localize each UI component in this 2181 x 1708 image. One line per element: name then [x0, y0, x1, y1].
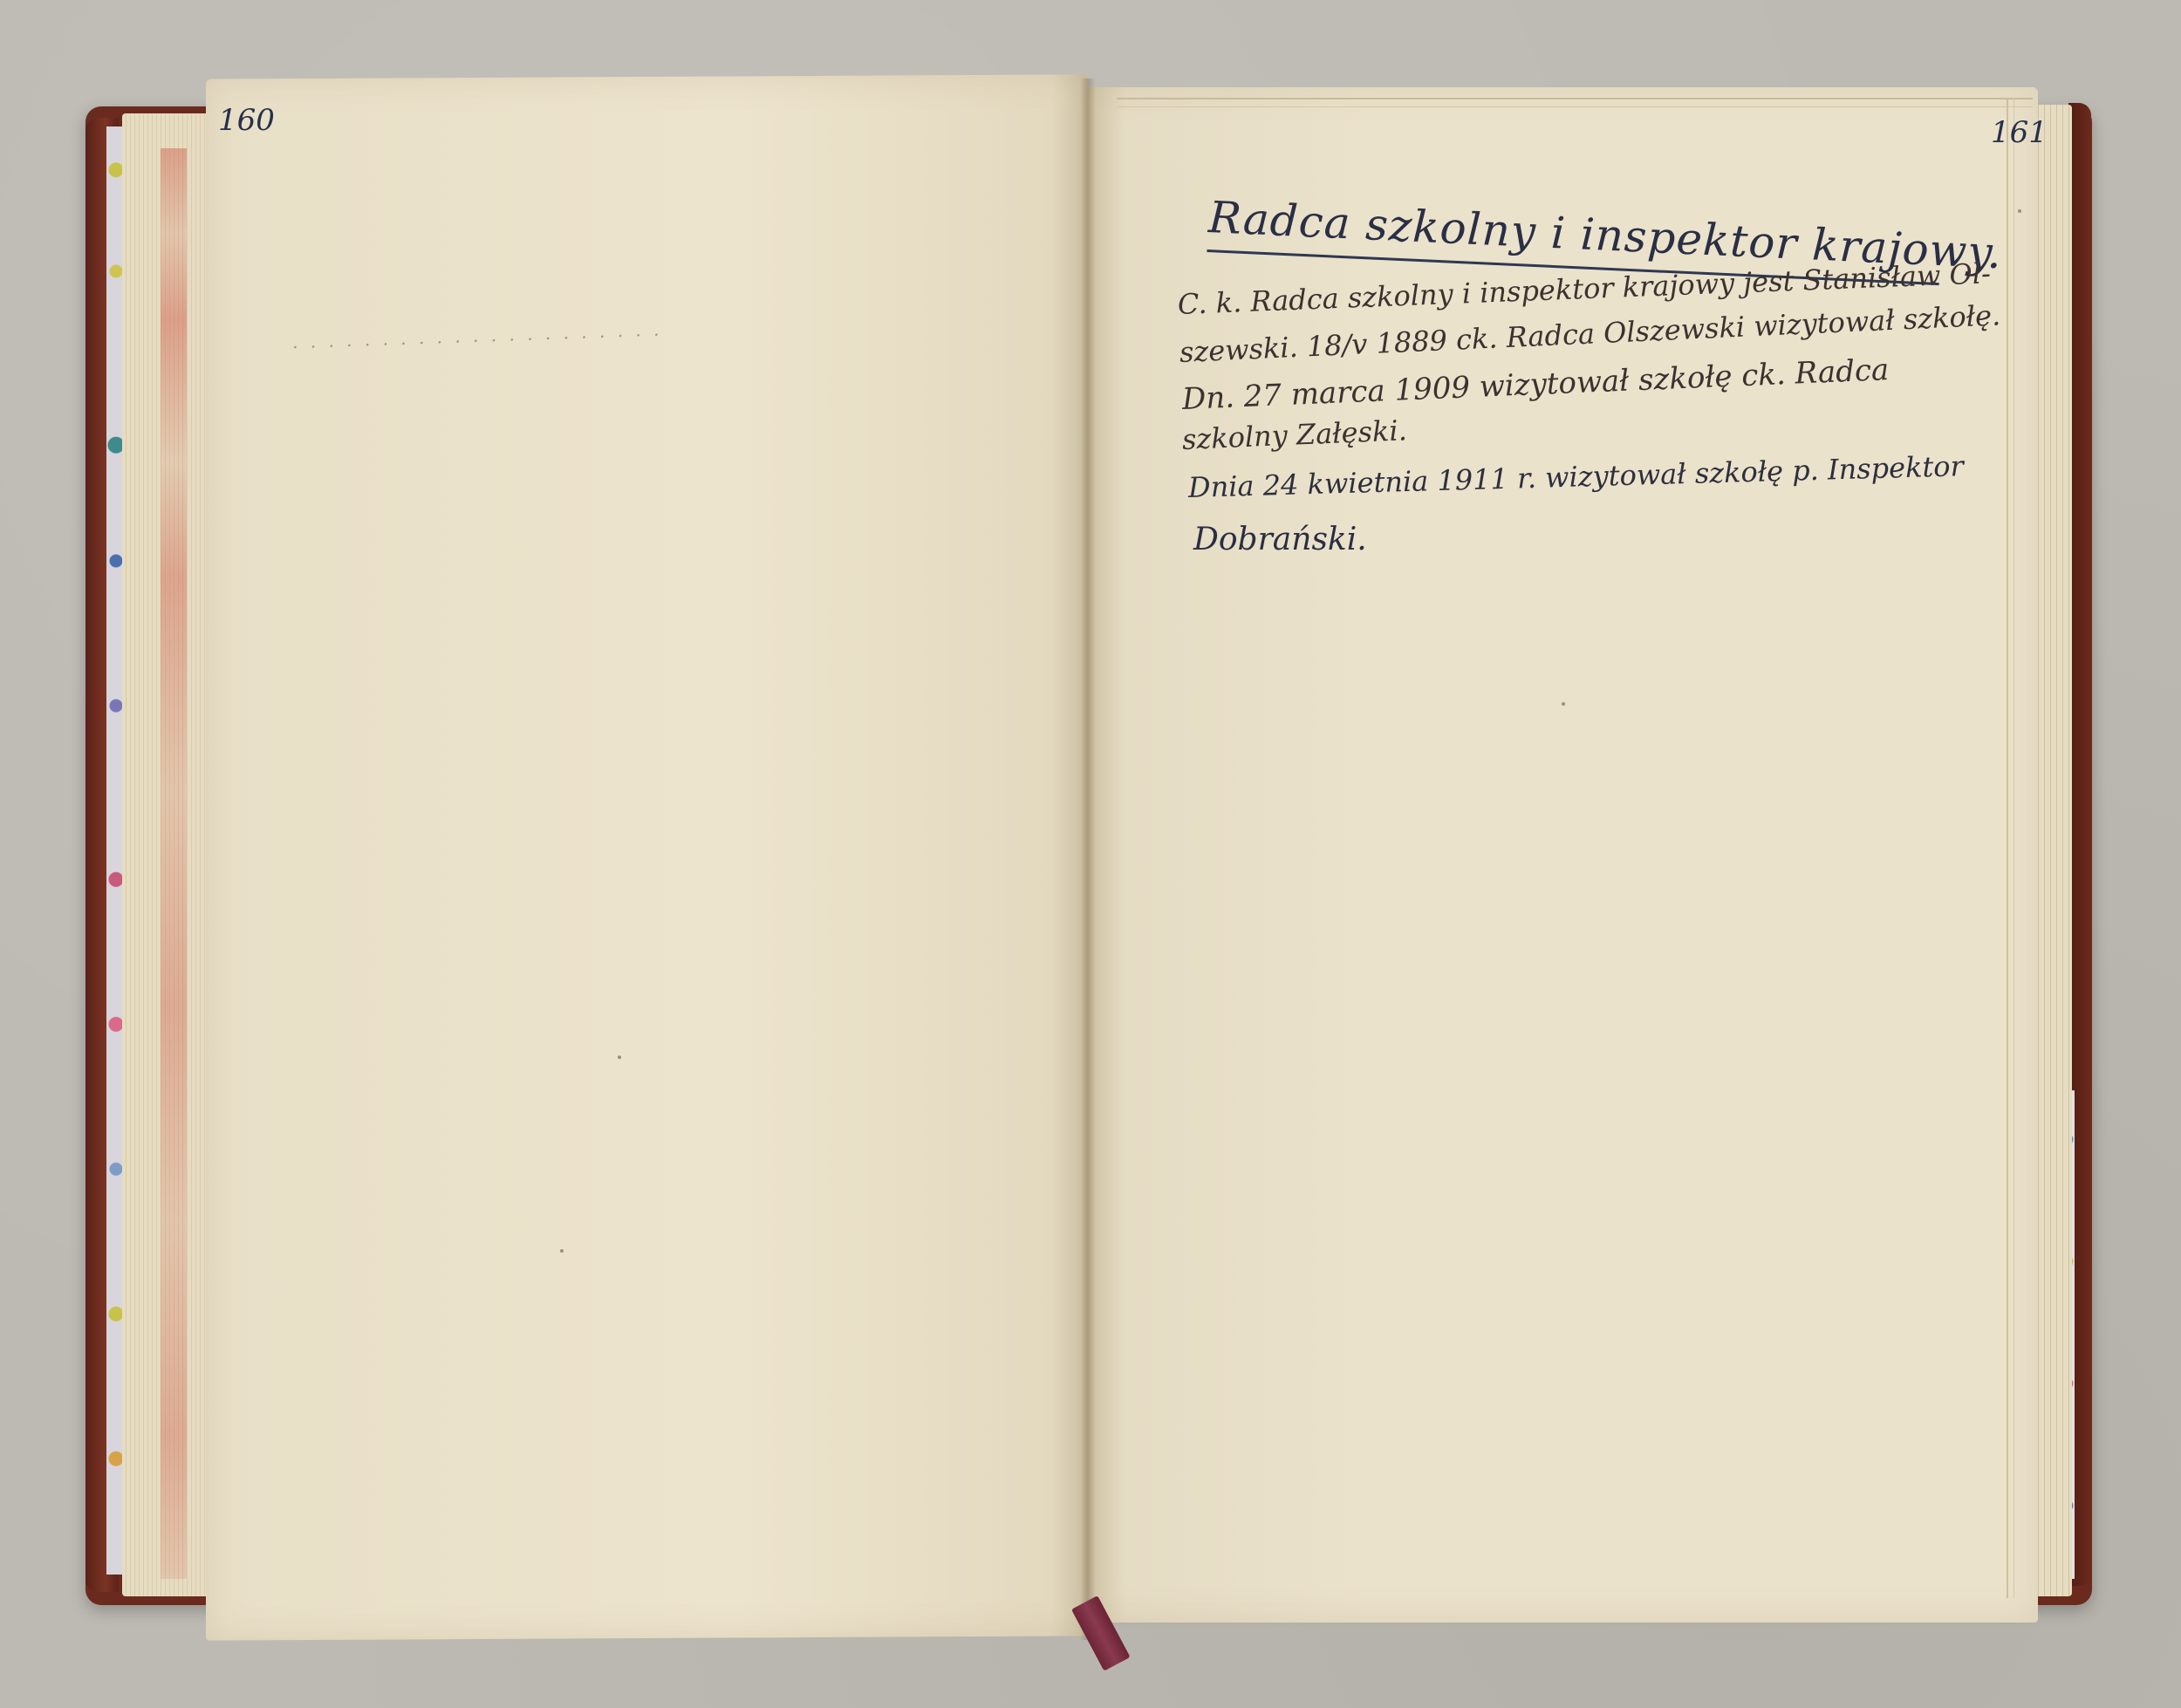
- left-page-number: 160: [218, 103, 275, 138]
- ruled-right-border: [2007, 98, 2014, 1598]
- paper-speck: [1562, 702, 1565, 706]
- paper-speck: [618, 1056, 621, 1059]
- red-page-edge: [161, 148, 187, 1579]
- handwritten-line: Dobrański.: [1193, 522, 1367, 557]
- right-page-number: 161: [1991, 115, 2048, 150]
- page-stack-right: [2033, 105, 2072, 1596]
- book-gutter: [1080, 79, 1096, 1640]
- page-stack-left: [122, 113, 209, 1596]
- ruled-top-border: [1117, 98, 2033, 107]
- paper-speck: [560, 1249, 564, 1253]
- left-page: [206, 74, 1087, 1640]
- paper-speck: [2018, 209, 2021, 213]
